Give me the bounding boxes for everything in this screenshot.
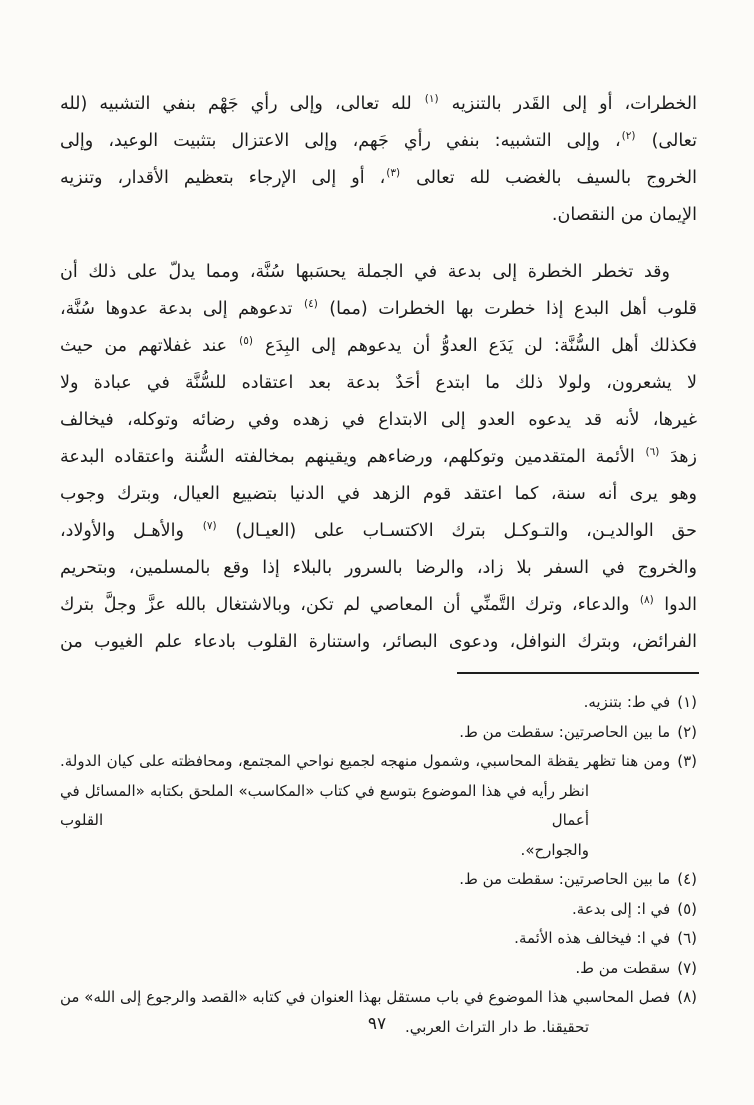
footnote-text: ومن هنا تظهر يقظة المحاسبي، وشمول منهجه … [60, 752, 670, 770]
text-segment: قلوب أهل البدع إذا خطرت بها الخطرات (مما… [319, 299, 697, 319]
footnote-ref: (١) [424, 93, 440, 105]
footnote: (٣)ومن هنا تظهر يقظة المحاسبي، وشمول منه… [60, 747, 697, 865]
text-segment: وهو يرى أنه سنة، كما اعتقد قوم الزهد في … [60, 484, 697, 504]
text-segment: الأئمة المتقدمين وتوكلهم، ورضاءهم ويقينه… [60, 447, 645, 467]
text-segment: الخروج بالسيف بالغضب لله تعالى [401, 168, 697, 188]
text-segment: تعالى) [637, 131, 697, 151]
footnote-line: (٢)ما بين الحاصرتين: سقطت من ط. [60, 718, 697, 748]
footnote-marker: (١) [677, 693, 697, 711]
text-segment: والدعاء، وترك التَّمنِّي أن المعاصي لم ت… [60, 595, 639, 615]
text-segment: غيرها، لأنه قد يدعوه العدو إلى الابتداع … [60, 410, 697, 430]
text-segment: والخروج في السفر بلا زاد، والرضا بالسرور… [60, 558, 697, 578]
footnote-ref: (٧) [202, 520, 218, 532]
footnote-text: فصل المحاسبي هذا الموضوع في باب مستقل به… [60, 988, 670, 1006]
footnote-line: (٤)ما بين الحاصرتين: سقطت من ط. [60, 865, 697, 895]
body-line: الخطرات، أو إلى القَدر بالتنزيه (١) لله … [60, 86, 697, 123]
footnote-marker: (٦) [677, 929, 697, 947]
footnote-marker: (٣) [677, 752, 697, 770]
footnote-line: (٧)سقطت من ط. [60, 954, 697, 984]
footnote-text: في ط: بتنزيه. [584, 693, 671, 711]
body-line: الدوا (٨) والدعاء، وترك التَّمنِّي أن ال… [60, 587, 697, 624]
footnote-line: (٥)في ا: إلى بدعة. [60, 895, 697, 925]
footnote-marker: (٥) [677, 900, 697, 918]
body-line: لا يشعرون، ولولا ذلك ما ابتدع أحَدٌ بدعة… [60, 365, 697, 402]
body-line: الإيمان من النقصان. [60, 197, 697, 234]
footnote-line: (٦)في ا: فيخالف هذه الأئمة. [60, 924, 697, 954]
body-line: الفرائض، وبترك النوافل، ودعوى البصائر، و… [60, 624, 697, 661]
footnote-ref: (٢) [621, 130, 637, 142]
footnote-text: في ا: إلى بدعة. [572, 900, 670, 918]
text-segment: تدعوهم إلى بدعة عدوها سُنَّة، [60, 299, 303, 319]
footnote-text: في ا: فيخالف هذه الأئمة. [514, 929, 670, 947]
footnotes-section: (١)في ط: بتنزيه.(٢)ما بين الحاصرتين: سقط… [60, 688, 697, 1042]
book-page: الخطرات، أو إلى القَدر بالتنزيه (١) لله … [0, 0, 754, 1105]
body-line: زهدَ (٦) الأئمة المتقدمين وتوكلهم، ورضاء… [60, 439, 697, 476]
text-segment: الإيمان من النقصان. [552, 205, 697, 225]
paragraph: وقد تخطر الخطرة إلى بدعة في الجملة يحسَب… [60, 254, 697, 661]
footnote-text: انظر رأيه في هذا الموضوع بتوسع في كتاب «… [60, 782, 589, 830]
footnote-separator [457, 672, 699, 674]
footnote: (٧)سقطت من ط. [60, 954, 697, 984]
body-line: فكذلك أهل السُّنَّة: لن يَدَع العدوُّ أن… [60, 328, 697, 365]
text-segment: حق الوالديـن، والتـوكـل بترك الاكتسـاب ع… [218, 521, 697, 541]
footnote: (٢)ما بين الحاصرتين: سقطت من ط. [60, 718, 697, 748]
footnote-text: والجوارح». [521, 841, 589, 859]
footnote-marker: (٨) [677, 988, 697, 1006]
body-line: غيرها، لأنه قد يدعوه العدو إلى الابتداع … [60, 402, 697, 439]
body-line: وقد تخطر الخطرة إلى بدعة في الجملة يحسَب… [60, 254, 697, 291]
body-line: قلوب أهل البدع إذا خطرت بها الخطرات (مما… [60, 291, 697, 328]
footnote: (٤)ما بين الحاصرتين: سقطت من ط. [60, 865, 697, 895]
footnote-text: ما بين الحاصرتين: سقطت من ط. [459, 723, 670, 741]
paragraph: الخطرات، أو إلى القَدر بالتنزيه (١) لله … [60, 86, 697, 234]
footnote-text: سقطت من ط. [575, 959, 670, 977]
footnote-marker: (٧) [677, 959, 697, 977]
text-segment: وقد تخطر الخطرة إلى بدعة في الجملة يحسَب… [60, 262, 670, 282]
footnote-line: والجوارح». [60, 836, 697, 866]
body-text: الخطرات، أو إلى القَدر بالتنزيه (١) لله … [60, 86, 697, 661]
page-number: ٩٧ [0, 1014, 754, 1034]
footnote-ref: (٨) [639, 594, 655, 606]
footnote-ref: (٥) [238, 335, 254, 347]
footnote: (٥)في ا: إلى بدعة. [60, 895, 697, 925]
text-segment: زهدَ [660, 447, 697, 467]
text-segment: الدوا [655, 595, 697, 615]
footnote-line: (٣)ومن هنا تظهر يقظة المحاسبي، وشمول منه… [60, 747, 697, 777]
text-segment: فكذلك أهل السُّنَّة: لن يَدَع العدوُّ أن… [254, 336, 697, 356]
footnote: (١)في ط: بتنزيه. [60, 688, 697, 718]
body-line: تعالى) (٢)، وإلى التشبيه: بنفي رأي جَهم،… [60, 123, 697, 160]
footnote-line: (١)في ط: بتنزيه. [60, 688, 697, 718]
footnote-line: (٨)فصل المحاسبي هذا الموضوع في باب مستقل… [60, 983, 697, 1013]
body-line: وهو يرى أنه سنة، كما اعتقد قوم الزهد في … [60, 476, 697, 513]
text-segment: لله تعالى، وإلى رأي جَهْم بنفي التشبيه (… [60, 94, 424, 114]
body-line: حق الوالديـن، والتـوكـل بترك الاكتسـاب ع… [60, 513, 697, 550]
footnote-ref: (٤) [303, 298, 319, 310]
text-segment: ، وإلى التشبيه: بنفي رأي جَهم، وإلى الاع… [60, 131, 621, 151]
text-segment: ، أو إلى الإرجاء بتعظيم الأقدار، وتنزيه [60, 168, 385, 188]
footnote-ref: (٦) [645, 446, 661, 458]
footnote-text: ما بين الحاصرتين: سقطت من ط. [459, 870, 670, 888]
footnote: (٦)في ا: فيخالف هذه الأئمة. [60, 924, 697, 954]
footnote-marker: (٢) [677, 723, 697, 741]
footnote-line: انظر رأيه في هذا الموضوع بتوسع في كتاب «… [60, 777, 697, 836]
text-segment: الفرائض، وبترك النوافل، ودعوى البصائر، و… [60, 632, 697, 652]
body-line: الخروج بالسيف بالغضب لله تعالى (٣)، أو إ… [60, 160, 697, 197]
body-line: والخروج في السفر بلا زاد، والرضا بالسرور… [60, 550, 697, 587]
text-segment: عند غفلاتهم من حيث [60, 336, 238, 356]
text-segment: لا يشعرون، ولولا ذلك ما ابتدع أحَدٌ بدعة… [60, 373, 697, 393]
footnote-ref: (٣) [385, 167, 401, 179]
footnote-marker: (٤) [677, 870, 697, 888]
text-segment: والأهـل والأولاد، [60, 521, 202, 541]
text-segment: الخطرات، أو إلى القَدر بالتنزيه [440, 94, 697, 114]
